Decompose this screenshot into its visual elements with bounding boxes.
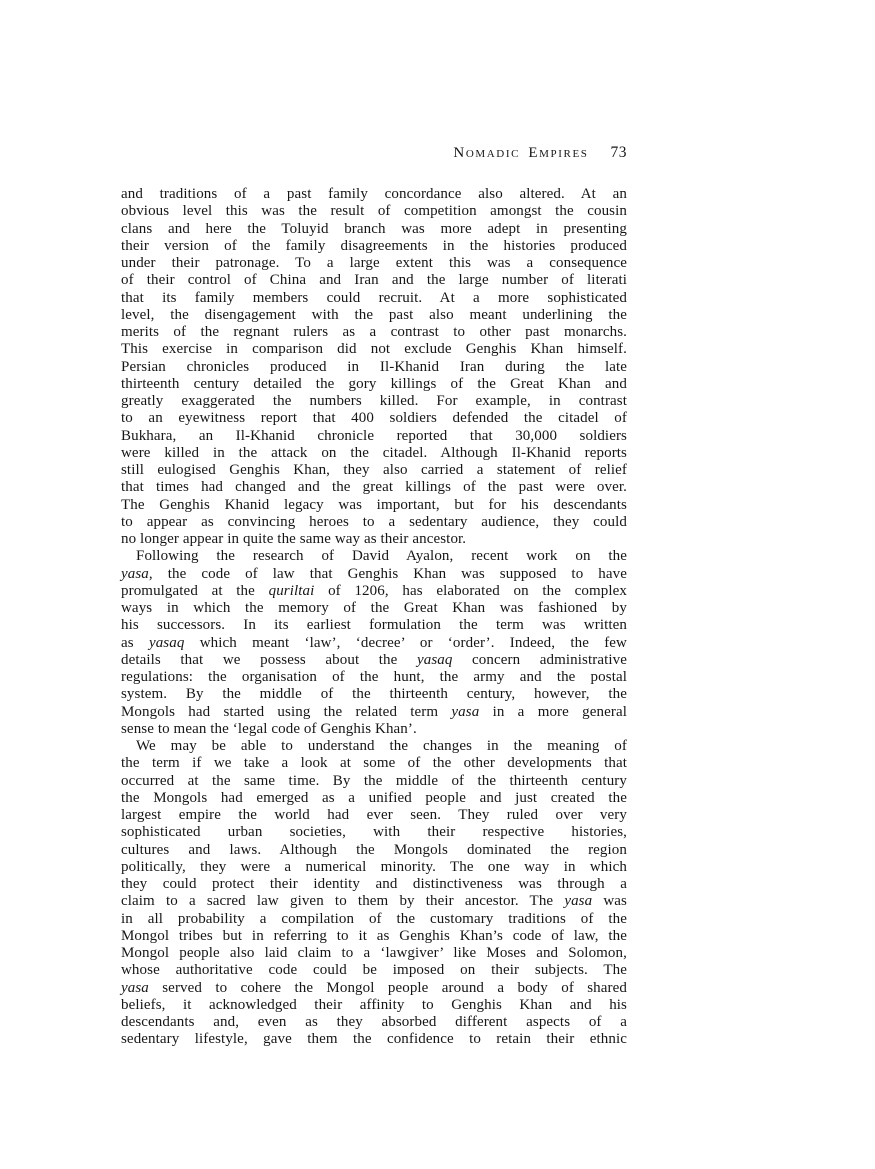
text-segment: the Mongols had emerged as a unified peo… bbox=[121, 790, 627, 806]
text-segment: details that we possess about the bbox=[121, 652, 417, 668]
text-line: that times had changed and the great kil… bbox=[121, 479, 627, 496]
text-segment: regulations: the organisation of the hun… bbox=[121, 669, 627, 685]
running-head: Nomadic Empires 73 bbox=[121, 144, 627, 162]
text-line: yasa served to cohere the Mongol people … bbox=[121, 980, 627, 997]
text-line: merits of the regnant rulers as a contra… bbox=[121, 324, 627, 341]
italic-term: quriltai bbox=[269, 583, 315, 599]
text-segment: claim to a sacred law given to them by t… bbox=[121, 893, 564, 909]
text-line: largest empire the world had ever seen. … bbox=[121, 807, 627, 824]
italic-term: yasa bbox=[121, 566, 149, 582]
text-line: Bukhara, an Il-Khanid chronicle reported… bbox=[121, 428, 627, 445]
text-line: no longer appear in quite the same way a… bbox=[121, 531, 627, 548]
text-line: descendants and, even as they absorbed d… bbox=[121, 1014, 627, 1031]
section-title: Nomadic Empires bbox=[453, 145, 588, 162]
book-page: Nomadic Empires 73 and traditions of a p… bbox=[0, 0, 875, 1169]
text-segment: politically, they were a numerical minor… bbox=[121, 859, 627, 875]
text-segment: obvious level this was the result of com… bbox=[121, 203, 627, 219]
text-line: system. By the middle of the thirteenth … bbox=[121, 686, 627, 703]
text-line: his successors. In its earliest formulat… bbox=[121, 617, 627, 634]
text-line: as yasaq which meant ‘law’, ‘decree’ or … bbox=[121, 635, 627, 652]
text-segment: occurred at the same time. By the middle… bbox=[121, 773, 627, 789]
text-segment: concern administrative bbox=[452, 652, 627, 668]
text-segment: promulgated at the bbox=[121, 583, 269, 599]
text-line: promulgated at the quriltai of 1206, has… bbox=[121, 583, 627, 600]
text-line: they could protect their identity and di… bbox=[121, 876, 627, 893]
text-line: beliefs, it acknowledged their affinity … bbox=[121, 997, 627, 1014]
text-line: occurred at the same time. By the middle… bbox=[121, 773, 627, 790]
text-line: clans and here the Toluyid branch was mo… bbox=[121, 221, 627, 238]
text-segment: in a more general bbox=[479, 704, 627, 720]
text-segment: as bbox=[121, 635, 149, 651]
text-line: Mongol tribes but in referring to it as … bbox=[121, 928, 627, 945]
text-segment: We may be able to understand the changes… bbox=[136, 738, 627, 754]
text-line: Persian chronicles produced in Il-Khanid… bbox=[121, 359, 627, 376]
text-segment: Mongol people also laid claim to a ‘lawg… bbox=[121, 945, 627, 961]
text-segment: and traditions of a past family concorda… bbox=[121, 186, 627, 202]
text-segment: merits of the regnant rulers as a contra… bbox=[121, 324, 627, 340]
text-line: greatly exaggerated the numbers killed. … bbox=[121, 393, 627, 410]
text-segment: system. By the middle of the thirteenth … bbox=[121, 686, 627, 702]
text-segment: that times had changed and the great kil… bbox=[121, 479, 627, 495]
text-segment: ways in which the memory of the Great Kh… bbox=[121, 600, 627, 616]
text-line: whose authoritative code could be impose… bbox=[121, 962, 627, 979]
italic-term: yasa bbox=[451, 704, 479, 720]
italic-term: yasaq bbox=[417, 652, 453, 668]
paragraph: and traditions of a past family concorda… bbox=[121, 186, 627, 548]
text-segment: greatly exaggerated the numbers killed. … bbox=[121, 393, 627, 409]
text-line: that its family members could recruit. A… bbox=[121, 290, 627, 307]
text-segment: of their control of China and Iran and t… bbox=[121, 272, 627, 288]
page-number: 73 bbox=[611, 144, 628, 162]
text-line: their version of the family disagreement… bbox=[121, 238, 627, 255]
text-line: sophisticated urban societies, with thei… bbox=[121, 824, 627, 841]
text-line: and traditions of a past family concorda… bbox=[121, 186, 627, 203]
text-segment: Persian chronicles produced in Il-Khanid… bbox=[121, 359, 627, 375]
text-line: the Mongols had emerged as a unified peo… bbox=[121, 790, 627, 807]
text-segment: their version of the family disagreement… bbox=[121, 238, 627, 254]
text-segment: the term if we take a look at some of th… bbox=[121, 755, 627, 771]
text-line: politically, they were a numerical minor… bbox=[121, 859, 627, 876]
text-line: the term if we take a look at some of th… bbox=[121, 755, 627, 772]
text-line: of their control of China and Iran and t… bbox=[121, 272, 627, 289]
text-line: We may be able to understand the changes… bbox=[121, 738, 627, 755]
italic-term: yasa bbox=[564, 893, 592, 909]
text-segment: served to cohere the Mongol people aroun… bbox=[149, 980, 627, 996]
text-segment: they could protect their identity and di… bbox=[121, 876, 627, 892]
text-segment: to an eyewitness report that 400 soldier… bbox=[121, 410, 627, 426]
text-segment: Following the research of David Ayalon, … bbox=[136, 548, 627, 564]
text-line: Following the research of David Ayalon, … bbox=[121, 548, 627, 565]
text-segment: sophisticated urban societies, with thei… bbox=[121, 824, 627, 840]
text-line: details that we possess about the yasaq … bbox=[121, 652, 627, 669]
text-segment: whose authoritative code could be impose… bbox=[121, 962, 627, 978]
text-line: to appear as convincing heroes to a sede… bbox=[121, 514, 627, 531]
text-segment: to appear as convincing heroes to a sede… bbox=[121, 514, 627, 530]
text-segment: largest empire the world had ever seen. … bbox=[121, 807, 627, 823]
text-line: in all probability a compilation of the … bbox=[121, 911, 627, 928]
text-segment: no longer appear in quite the same way a… bbox=[121, 531, 466, 547]
text-segment: Mongols had started using the related te… bbox=[121, 704, 451, 720]
text-segment: descendants and, even as they absorbed d… bbox=[121, 1014, 627, 1030]
text-line: This exercise in comparison did not excl… bbox=[121, 341, 627, 358]
text-segment: still eulogised Genghis Khan, they also … bbox=[121, 462, 627, 478]
paragraph: We may be able to understand the changes… bbox=[121, 738, 627, 1049]
text-segment: sedentary lifestyle, gave them the confi… bbox=[121, 1031, 627, 1047]
text-line: under their patronage. To a large extent… bbox=[121, 255, 627, 272]
text-segment: Bukhara, an Il-Khanid chronicle reported… bbox=[121, 428, 627, 444]
text-segment: This exercise in comparison did not excl… bbox=[121, 341, 627, 357]
text-segment: The Genghis Khanid legacy was important,… bbox=[121, 497, 627, 513]
italic-term: yasaq bbox=[149, 635, 185, 651]
text-segment: clans and here the Toluyid branch was mo… bbox=[121, 221, 627, 237]
text-segment: in all probability a compilation of the … bbox=[121, 911, 627, 927]
text-line: claim to a sacred law given to them by t… bbox=[121, 893, 627, 910]
text-line: The Genghis Khanid legacy was important,… bbox=[121, 497, 627, 514]
text-segment: of 1206, has elaborated on the complex bbox=[314, 583, 627, 599]
text-line: obvious level this was the result of com… bbox=[121, 203, 627, 220]
text-line: to an eyewitness report that 400 soldier… bbox=[121, 410, 627, 427]
italic-term: yasa bbox=[121, 980, 149, 996]
text-line: sedentary lifestyle, gave them the confi… bbox=[121, 1031, 627, 1048]
text-line: cultures and laws. Although the Mongols … bbox=[121, 842, 627, 859]
text-segment: beliefs, it acknowledged their affinity … bbox=[121, 997, 627, 1013]
text-segment: that its family members could recruit. A… bbox=[121, 290, 627, 306]
text-segment: , the code of law that Genghis Khan was … bbox=[149, 566, 627, 582]
body-text: and traditions of a past family concorda… bbox=[121, 186, 627, 1049]
text-segment: which meant ‘law’, ‘decree’ or ‘order’. … bbox=[184, 635, 627, 651]
text-line: still eulogised Genghis Khan, they also … bbox=[121, 462, 627, 479]
text-segment: level, the disengagement with the past a… bbox=[121, 307, 627, 323]
text-segment: cultures and laws. Although the Mongols … bbox=[121, 842, 627, 858]
text-line: Mongols had started using the related te… bbox=[121, 704, 627, 721]
text-line: were killed in the attack on the citadel… bbox=[121, 445, 627, 462]
text-line: sense to mean the ‘legal code of Genghis… bbox=[121, 721, 627, 738]
text-segment: his successors. In its earliest formulat… bbox=[121, 617, 627, 633]
text-line: Mongol people also laid claim to a ‘lawg… bbox=[121, 945, 627, 962]
text-line: regulations: the organisation of the hun… bbox=[121, 669, 627, 686]
text-segment: sense to mean the ‘legal code of Genghis… bbox=[121, 721, 417, 737]
text-line: thirteenth century detailed the gory kil… bbox=[121, 376, 627, 393]
text-segment: thirteenth century detailed the gory kil… bbox=[121, 376, 627, 392]
text-segment: was bbox=[592, 893, 627, 909]
text-line: yasa, the code of law that Genghis Khan … bbox=[121, 566, 627, 583]
text-segment: under their patronage. To a large extent… bbox=[121, 255, 627, 271]
text-segment: Mongol tribes but in referring to it as … bbox=[121, 928, 627, 944]
text-line: ways in which the memory of the Great Kh… bbox=[121, 600, 627, 617]
text-segment: were killed in the attack on the citadel… bbox=[121, 445, 627, 461]
text-line: level, the disengagement with the past a… bbox=[121, 307, 627, 324]
paragraph: Following the research of David Ayalon, … bbox=[121, 548, 627, 738]
